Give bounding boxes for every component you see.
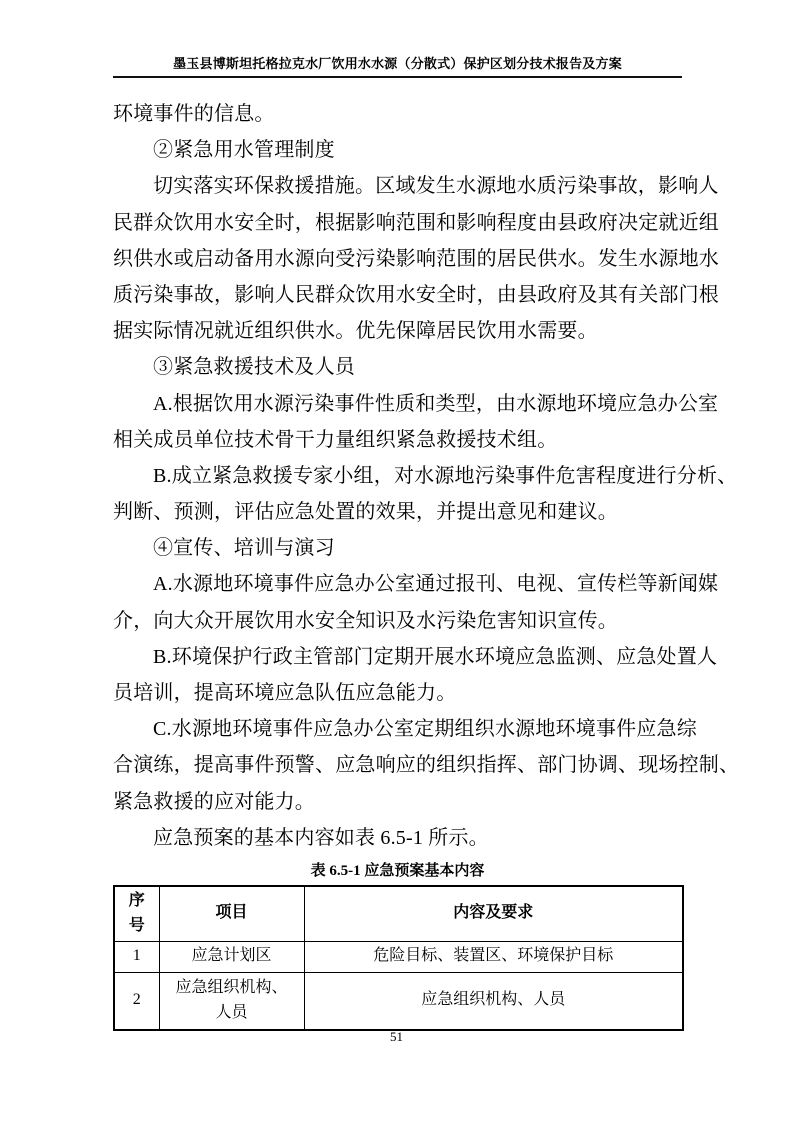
body-line: ④宣传、培训与演习 xyxy=(113,530,685,566)
body-line: 应急预案的基本内容如表 6.5-1 所示。 xyxy=(113,820,685,856)
body-line: B.成立紧急救援专家小组，对水源地污染事件危害程度进行分析、 xyxy=(113,458,685,494)
cell-content: 危险目标、装置区、环境保护目标 xyxy=(304,941,683,972)
body-line: C.水源地环境事件应急办公室定期组织水源地环境事件应急综 xyxy=(113,711,685,747)
body-line: ②紧急用水管理制度 xyxy=(113,132,685,168)
table-caption: 表 6.5-1 应急预案基本内容 xyxy=(113,859,682,880)
table-body: 1 应急计划区 危险目标、装置区、环境保护目标 2 应急组织机构、 人员 应急组… xyxy=(114,941,683,1030)
body-line: 合演练，提高事件预警、应急响应的组织指挥、部门协调、现场控制、 xyxy=(113,747,685,783)
body-line: 质污染事故，影响人民群众饮用水安全时，由县政府及其有关部门根 xyxy=(113,277,685,313)
table-row: 1 应急计划区 危险目标、装置区、环境保护目标 xyxy=(114,941,683,972)
body-line: 员培训，提高环境应急队伍应急能力。 xyxy=(113,675,685,711)
body-line: 民群众饮用水安全时，根据影响范围和影响程度由县政府决定就近组 xyxy=(113,205,685,241)
body-line: ③紧急救援技术及人员 xyxy=(113,349,685,385)
table-row: 2 应急组织机构、 人员 应急组织机构、人员 xyxy=(114,972,683,1030)
running-header: 墨玉县博斯坦托格拉克水厂饮用水水源（分散式）保护区划分技术报告及方案 xyxy=(113,0,682,78)
page-footer: 51 xyxy=(0,1029,793,1045)
cell-item: 应急组织机构、 人员 xyxy=(159,972,304,1030)
body-line: 织供水或启动备用水源向受污染影响范围的居民供水。发生水源地水 xyxy=(113,241,685,277)
table-header: 序号 项目 内容及要求 xyxy=(114,886,683,941)
body-line: 介，向大众开展饮用水安全知识及水污染危害知识宣传。 xyxy=(113,603,685,639)
emergency-plan-table: 序号 项目 内容及要求 1 应急计划区 危险目标、装置区、环境保护目标 2 应急… xyxy=(113,885,684,1031)
body-text: 环境事件的信息。②紧急用水管理制度切实落实环保救援措施。区域发生水源地水质污染事… xyxy=(113,96,685,856)
cell-item: 应急计划区 xyxy=(159,941,304,972)
body-line: 相关成员单位技术骨干力量组织紧急救援技术组。 xyxy=(113,422,685,458)
cell-content: 应急组织机构、人员 xyxy=(304,972,683,1030)
body-line: B.环境保护行政主管部门定期开展水环境应急监测、应急处置人 xyxy=(113,639,685,675)
column-header-content: 内容及要求 xyxy=(304,886,683,941)
body-line: 环境事件的信息。 xyxy=(113,96,685,132)
cell-no: 2 xyxy=(114,972,159,1030)
table-header-row: 序号 项目 内容及要求 xyxy=(114,886,683,941)
header-rule xyxy=(113,76,682,78)
body-line: A.水源地环境事件应急办公室通过报刊、电视、宣传栏等新闻媒 xyxy=(113,566,685,602)
document-title: 墨玉县博斯坦托格拉克水厂饮用水水源（分散式）保护区划分技术报告及方案 xyxy=(113,53,682,72)
document-page: 墨玉县博斯坦托格拉克水厂饮用水水源（分散式）保护区划分技术报告及方案 环境事件的… xyxy=(0,0,793,1122)
body-line: 据实际情况就近组织供水。优先保障居民饮用水需要。 xyxy=(113,313,685,349)
column-header-no: 序号 xyxy=(114,886,159,941)
body-line: 紧急救援的应对能力。 xyxy=(113,784,685,820)
page-number: 51 xyxy=(390,1029,403,1044)
body-line: A.根据饮用水源污染事件性质和类型，由水源地环境应急办公室 xyxy=(113,386,685,422)
column-header-item: 项目 xyxy=(159,886,304,941)
paragraph-lines: 环境事件的信息。②紧急用水管理制度切实落实环保救援措施。区域发生水源地水质污染事… xyxy=(113,96,685,856)
body-line: 判断、预测，评估应急处置的效果，并提出意见和建议。 xyxy=(113,494,685,530)
body-line: 切实落实环保救援措施。区域发生水源地水质污染事故，影响人 xyxy=(113,168,685,204)
cell-no: 1 xyxy=(114,941,159,972)
